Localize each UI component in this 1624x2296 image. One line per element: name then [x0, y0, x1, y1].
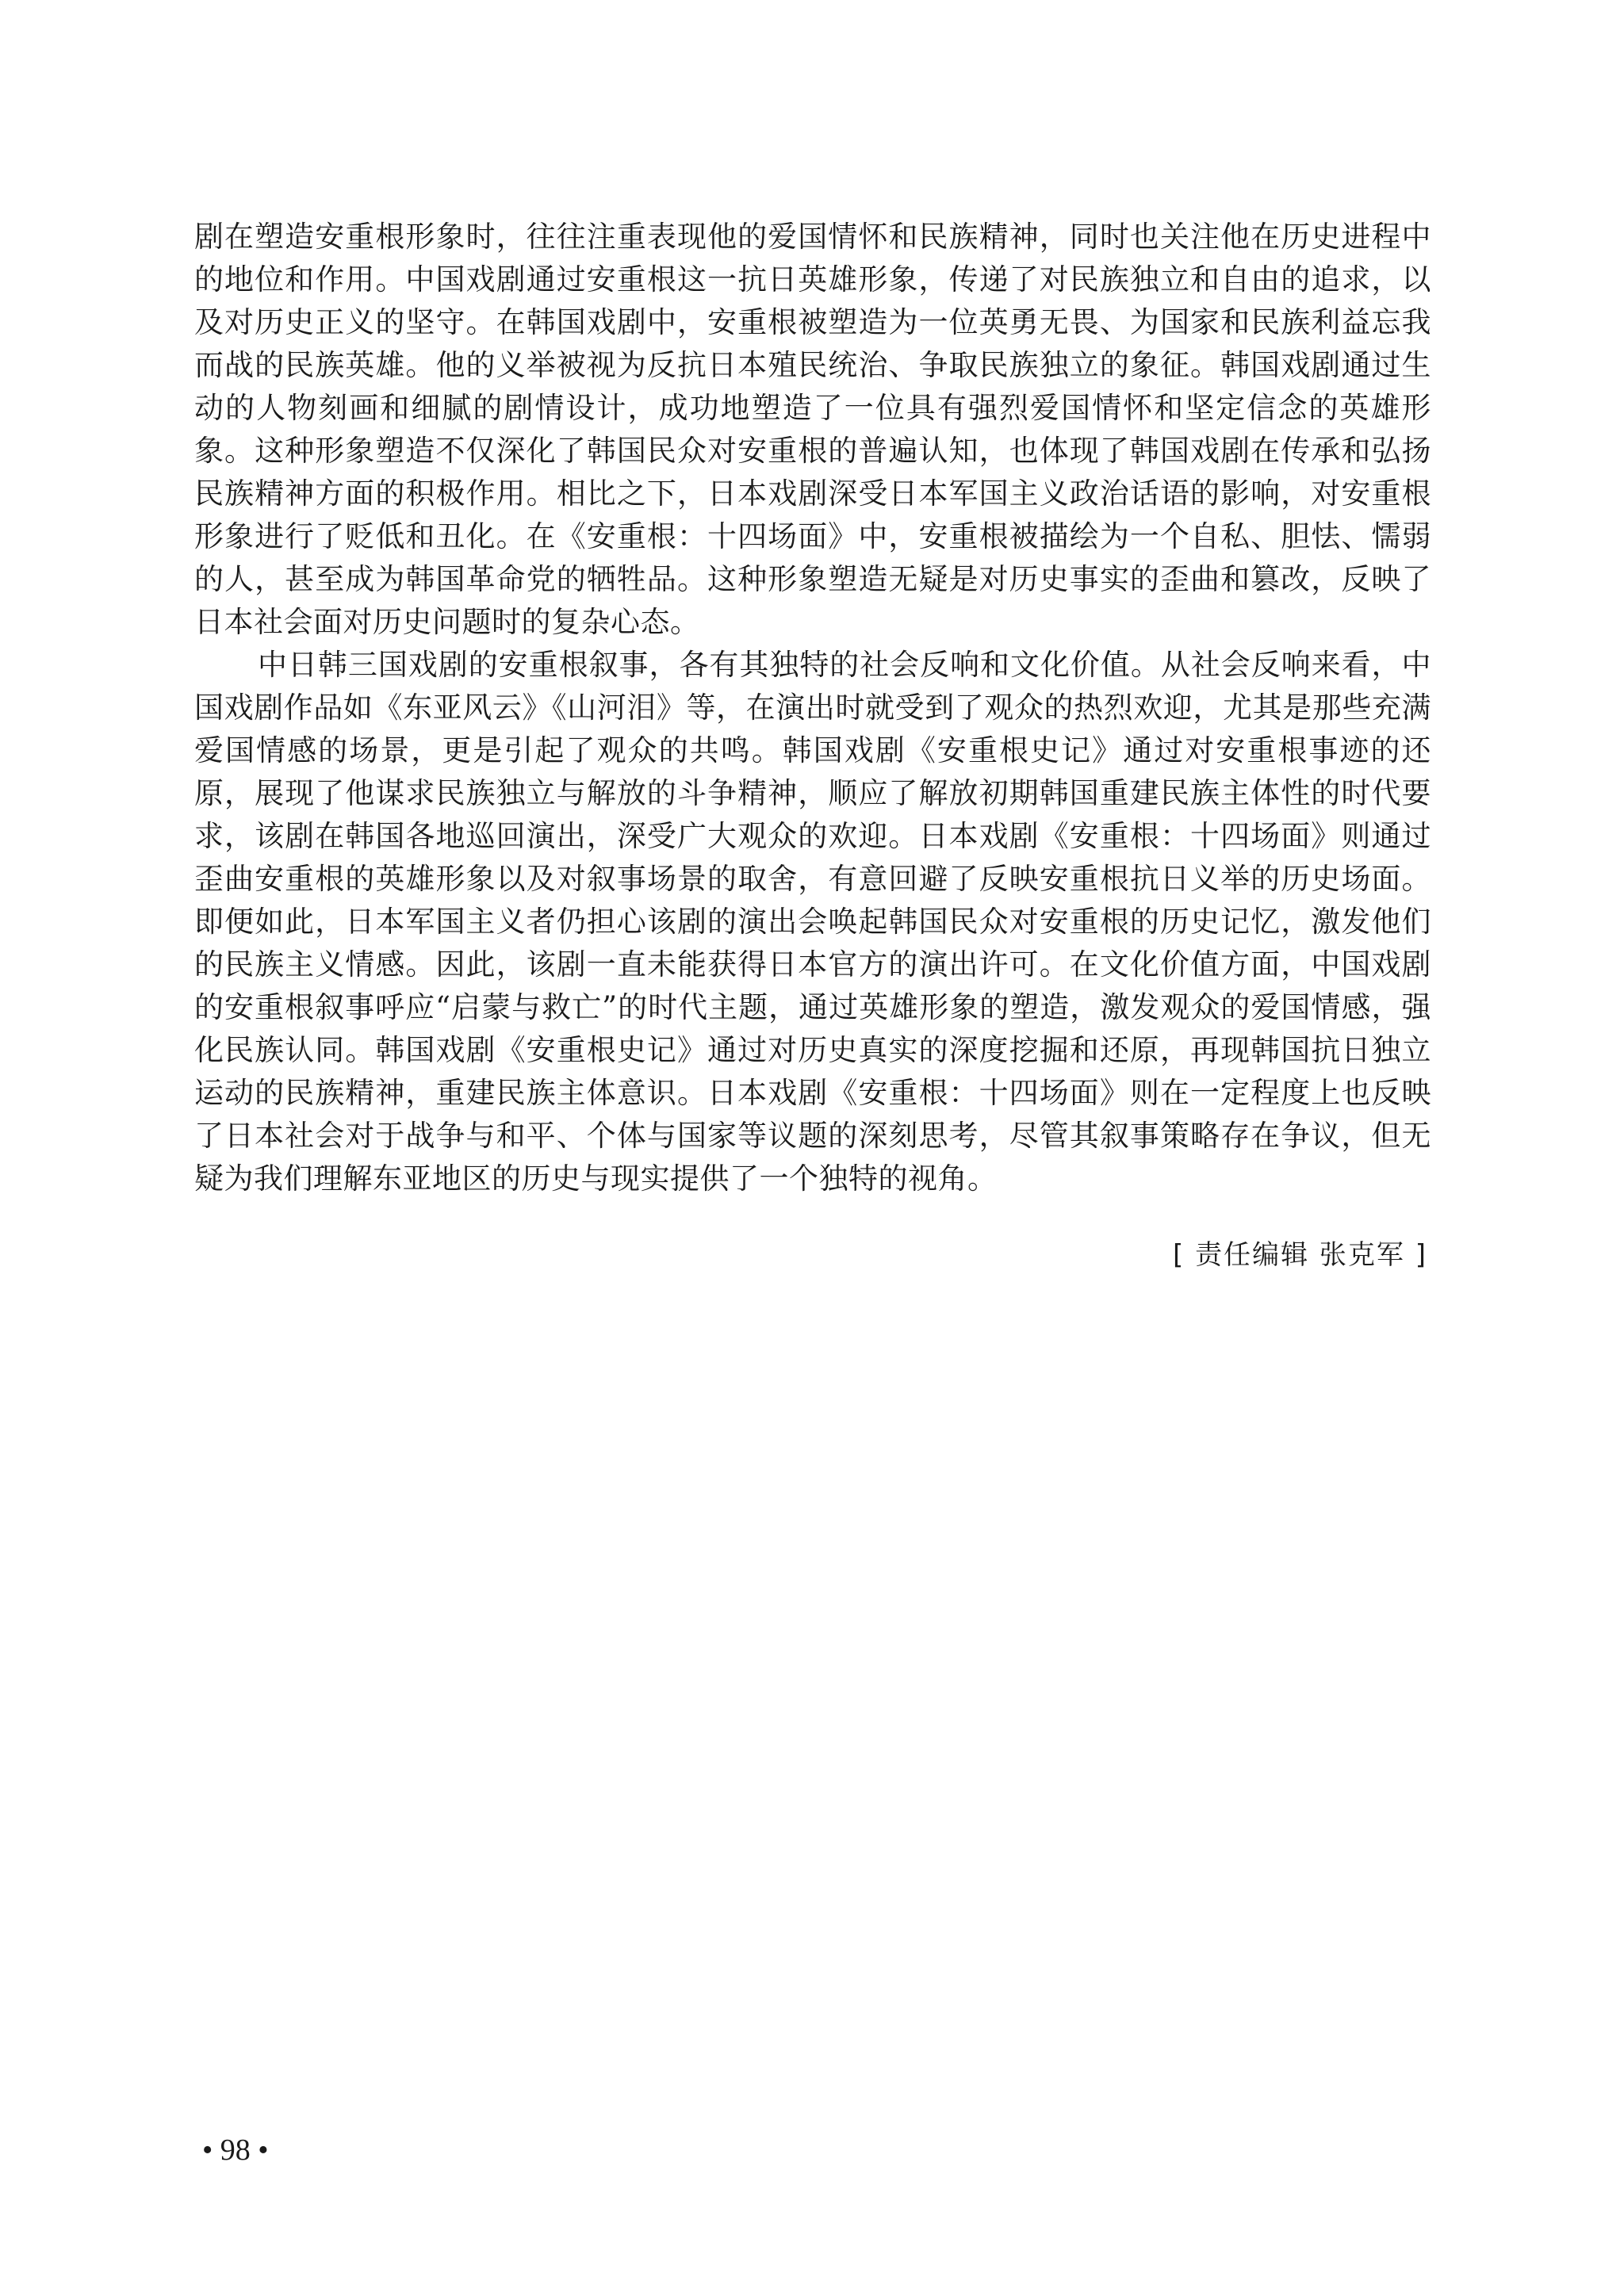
article-body: 剧在塑造安重根形象时，往往注重表现他的爱国情怀和民族精神，同时也关注他在历史进程… [194, 216, 1431, 1200]
page-number: • 98 • [202, 2133, 269, 2168]
paragraph-2: 中日韩三国戏剧的安重根叙事，各有其独特的社会反响和文化价值。从社会反响来看，中国… [194, 644, 1431, 1200]
responsible-editor-note: [ 责任编辑 张克军 ] [1173, 1233, 1427, 1272]
paragraph-1: 剧在塑造安重根形象时，往往注重表现他的爱国情怀和民族精神，同时也关注他在历史进程… [194, 216, 1431, 644]
